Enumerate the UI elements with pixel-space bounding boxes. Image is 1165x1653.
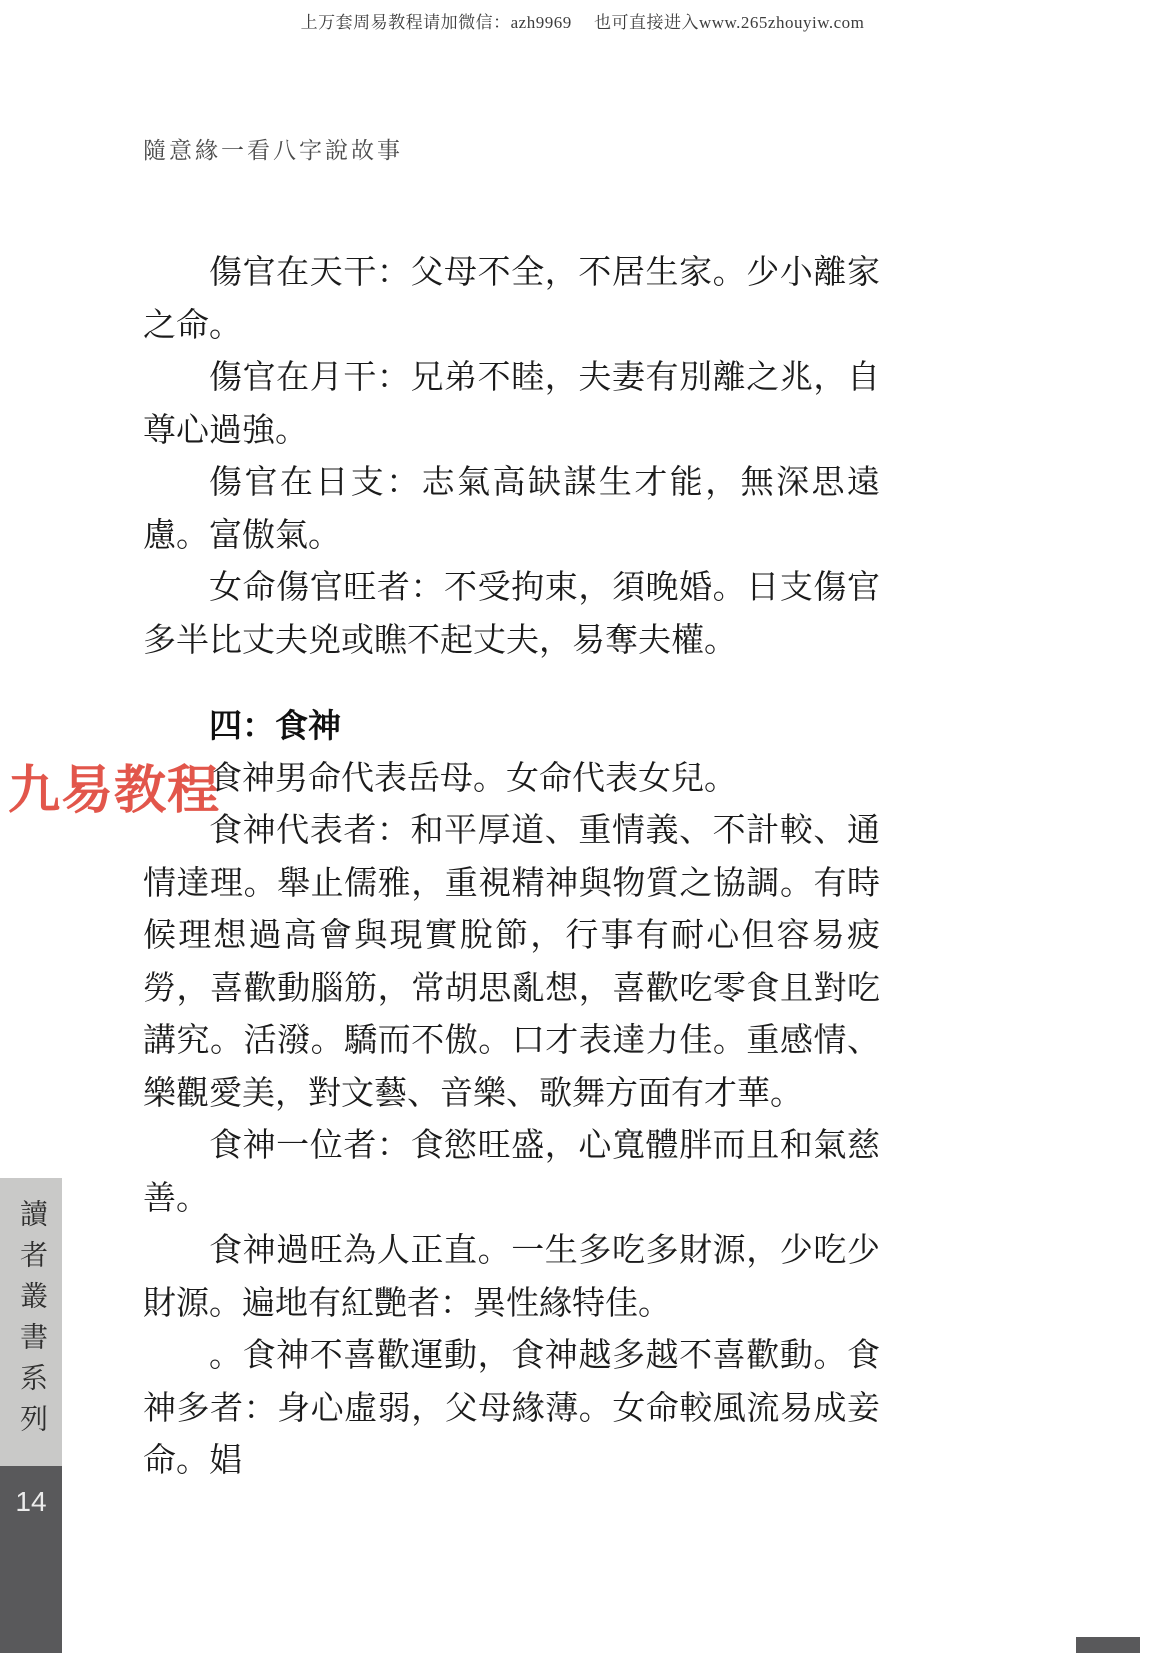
paragraph-shishen-many: 。食神不喜歡運動，食神越多越不喜歡動。食神多者：身心虛弱，父母緣薄。女命較風流易… <box>143 1330 880 1488</box>
paragraph-shishen-traits: 食神代表者：和平厚道、重情義、不計較、通情達理。舉止儒雅，重視精神與物質之協調。… <box>143 805 880 1120</box>
paragraph-shishen-excess: 食神過旺為人正直。一生多吃多財源，少吃少財源。遍地有紅艷者：異性緣特佳。 <box>143 1225 880 1330</box>
top-banner-text: 上万套周易教程请加微信：azh9969 也可直接进入www.265zhouyiw… <box>0 8 1165 33</box>
running-header-title: 隨意緣一看八字說故事 <box>143 132 403 165</box>
paragraph-shishen-represent: 食神男命代表岳母。女命代表女兒。 <box>143 753 880 806</box>
paragraph-shangguan-rizhi: 傷官在日支：志氣高缺謀生才能，無深思遠慮。富傲氣。 <box>143 457 880 562</box>
page-number-box: 14 <box>0 1466 62 1653</box>
paragraph-nyuming-shangguan: 女命傷官旺者：不受拘束，須晚婚。日支傷官多半比丈夫兇或瞧不起丈夫，易奪夫權。 <box>143 562 880 667</box>
series-label-vertical: 讀者叢書系列 <box>11 1199 51 1445</box>
bottom-right-corner-bar <box>1076 1637 1140 1653</box>
watermark-jiuyi-jiaocheng: 九易教程 <box>8 755 220 827</box>
section-heading-shishen: 四：食神 <box>143 700 880 753</box>
body-text-column: 傷官在天干：父母不全，不居生家。少小離家之命。 傷官在月干：兄弟不睦，夫妻有別離… <box>143 247 880 1488</box>
paragraph-shangguan-tiangan: 傷官在天干：父母不全，不居生家。少小離家之命。 <box>143 247 880 352</box>
series-sidebar-bar: 讀者叢書系列 <box>0 1178 62 1466</box>
page-number: 14 <box>0 1486 62 1518</box>
paragraph-shangguan-yuegan: 傷官在月干：兄弟不睦，夫妻有別離之兆，自尊心過強。 <box>143 352 880 457</box>
book-page: 上万套周易教程请加微信：azh9969 也可直接进入www.265zhouyiw… <box>0 0 1165 1653</box>
paragraph-shishen-one: 食神一位者：食慾旺盛，心寬體胖而且和氣慈善。 <box>143 1120 880 1225</box>
